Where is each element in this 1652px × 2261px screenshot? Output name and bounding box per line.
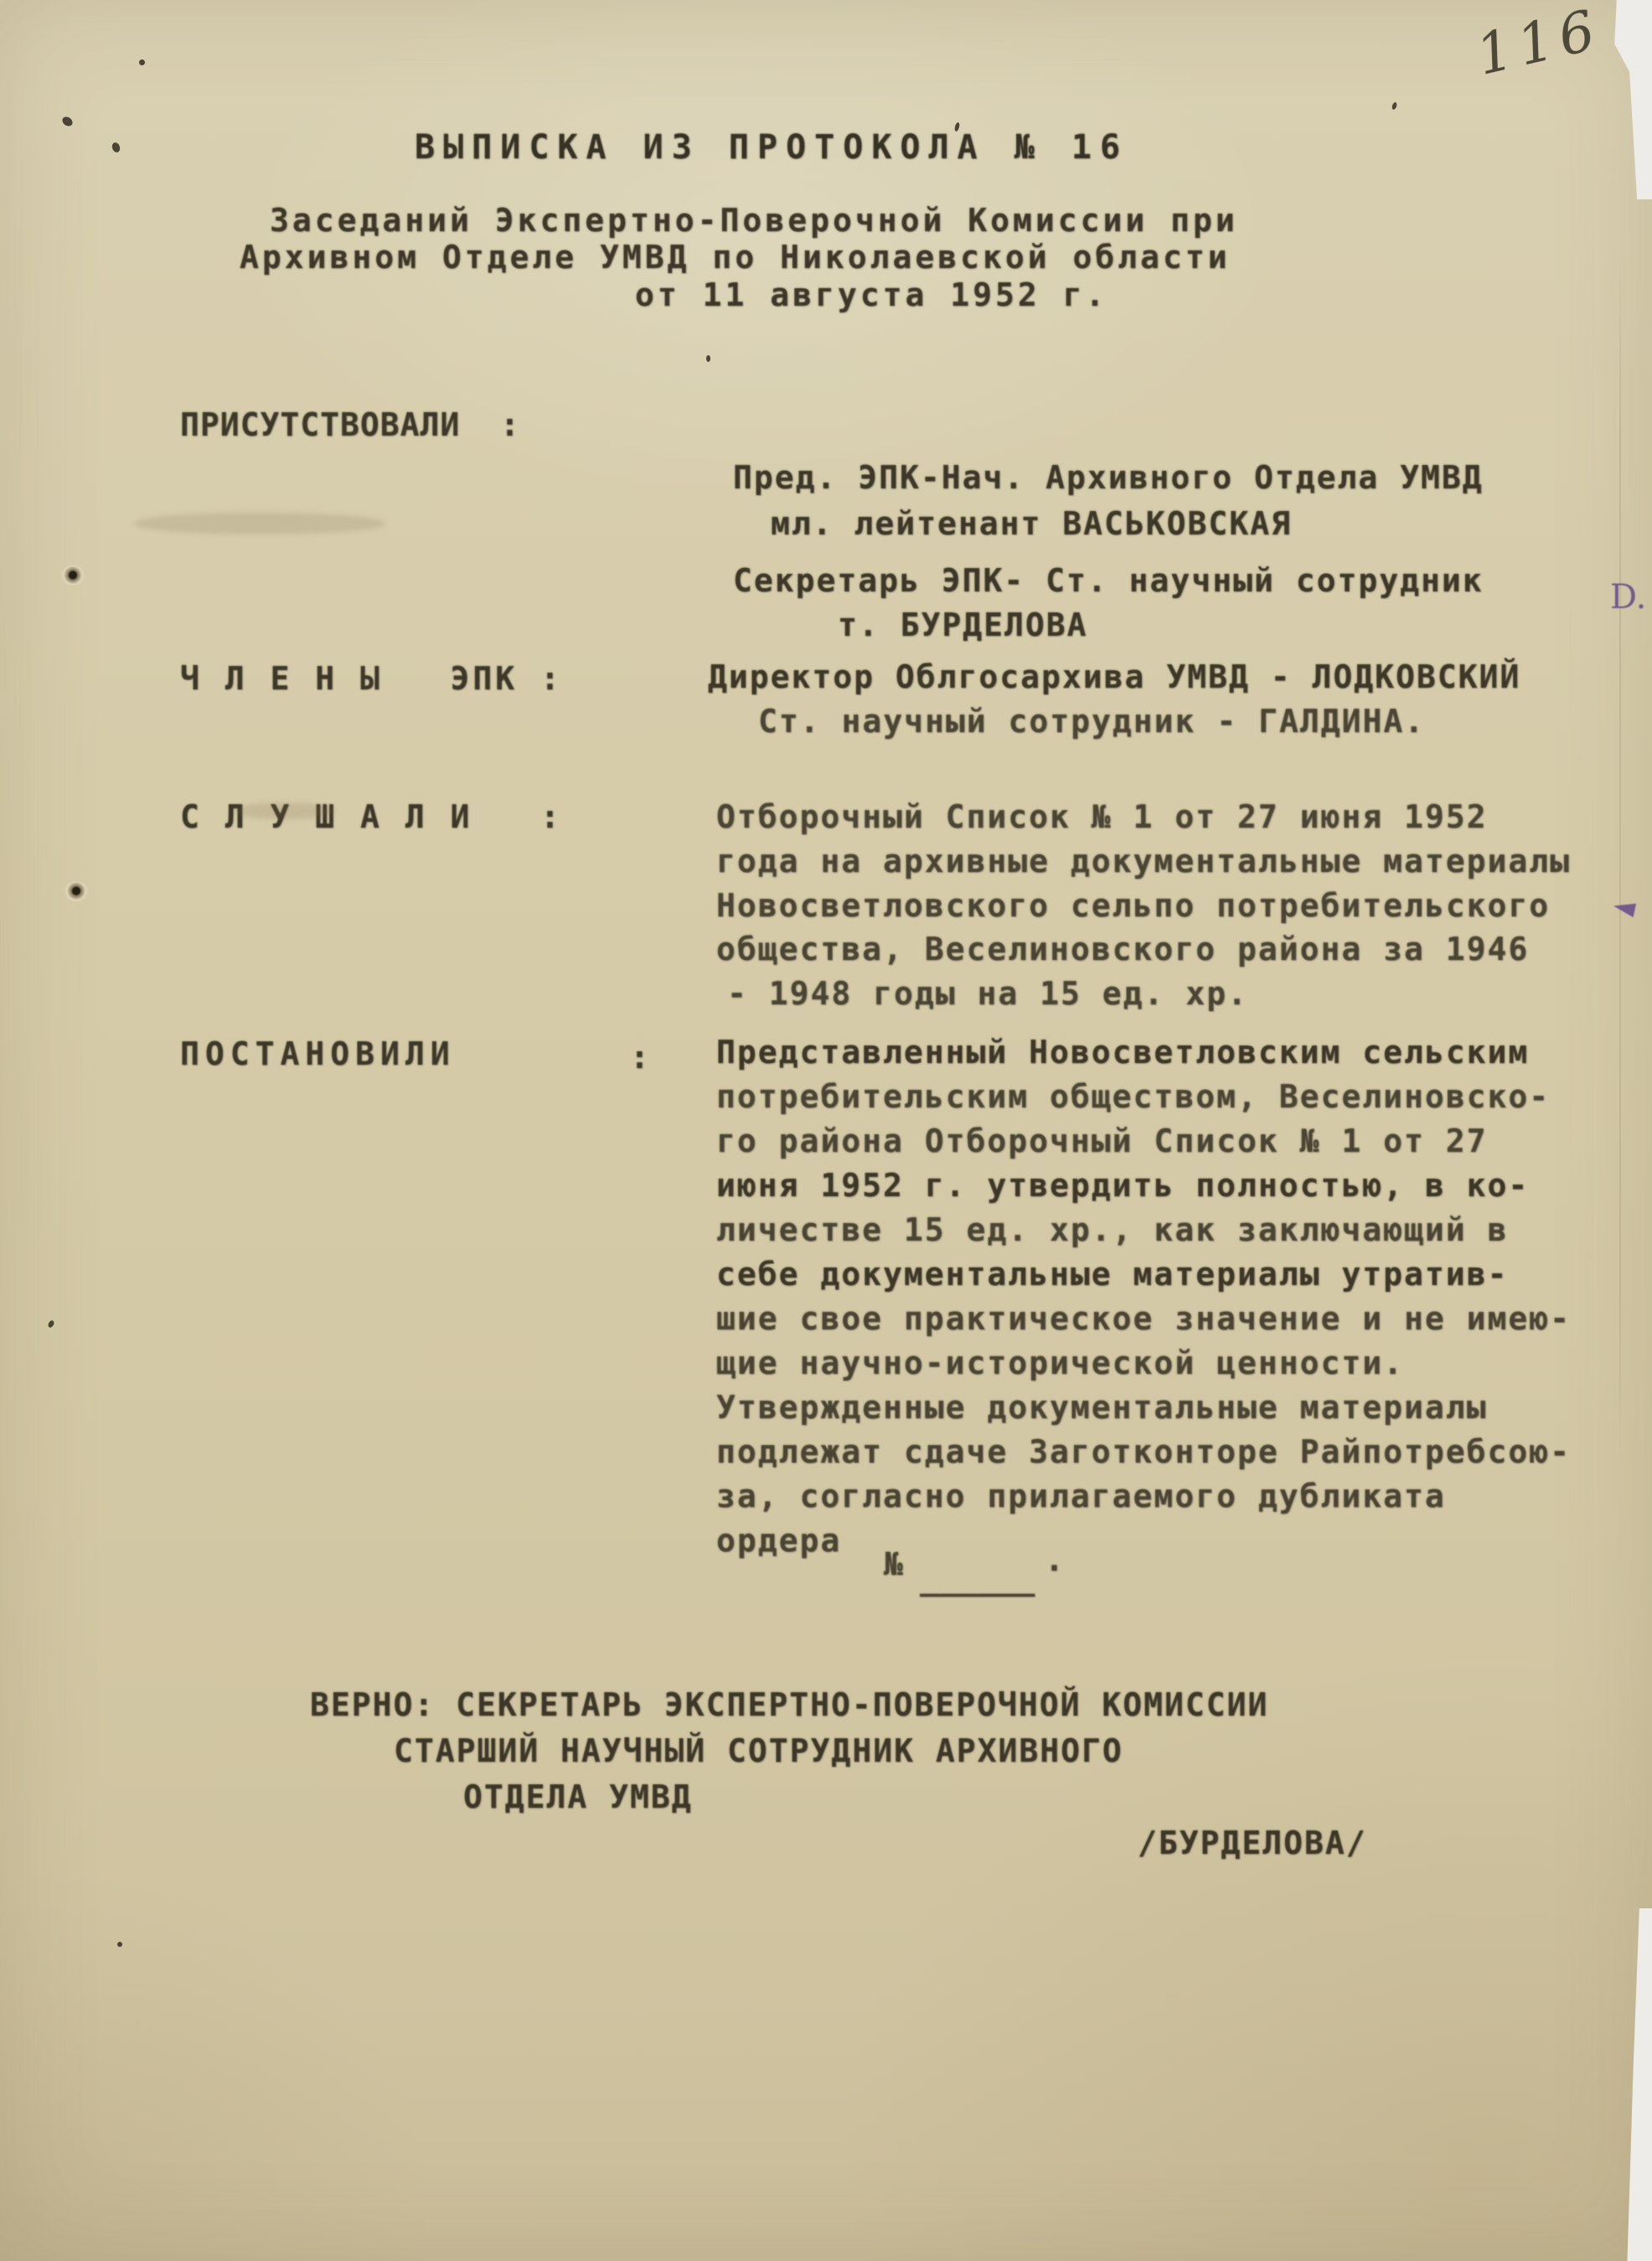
smudge xyxy=(134,513,385,534)
order-number-sign: № xyxy=(884,1546,905,1582)
attended-line: Пред. ЭПК-Нач. Архивного Отдела УМВД xyxy=(733,459,1484,496)
resolved-text-line: за, согласно прилагаемого дубликата xyxy=(716,1478,1446,1515)
typed-text-layer: ВЫПИСКА ИЗ ПРОТОКОЛА № 16 Заседаний Эксп… xyxy=(0,0,1652,2261)
members-label: Ч Л Е Н Ы ЭПК : xyxy=(180,660,563,697)
attended-line: Секретарь ЭПК- Ст. научный сотрудник xyxy=(733,562,1484,599)
resolved-text-line: Утвержденные документальные материалы xyxy=(716,1389,1487,1426)
resolved-label: ПОСТАНОВИЛИ xyxy=(180,1035,456,1072)
resolved-text-line: го района Отборочный Список № 1 от 27 xyxy=(716,1123,1487,1159)
ink-speck xyxy=(117,1942,122,1947)
certification-line: ОТДЕЛА УМВД xyxy=(463,1778,693,1815)
ink-speck xyxy=(706,355,710,362)
subtitle-line-1: Заседаний Экспертно-Поверочной Комиссии … xyxy=(270,202,1238,239)
resolved-text-line: июня 1952 г. утвердить полностью, в ко- xyxy=(716,1167,1529,1204)
document-page: ВЫПИСКА ИЗ ПРОТОКОЛА № 16 Заседаний Эксп… xyxy=(0,0,1652,2261)
members-line: Директор Облгосархива УМВД - ЛОДКОВСКИЙ xyxy=(708,658,1520,695)
subtitle-line-2: Архивном Отделе УМВД по Николаевской обл… xyxy=(240,239,1231,276)
certification-line: СТАРШИЙ НАУЧНЫЙ СОТРУДНИК АРХИВНОГО xyxy=(394,1732,1123,1769)
pen-mark: D. xyxy=(1610,578,1646,617)
subtitle-line-3: от 11 августа 1952 г. xyxy=(635,276,1107,313)
heard-text-line: общества, Веселиновского района за 1946 xyxy=(716,931,1529,968)
resolved-text-line: Представленный Новосветловским сельским xyxy=(716,1034,1529,1071)
order-word: ордера xyxy=(716,1522,841,1559)
resolved-text-line: потребительским обществом, Веселиновско- xyxy=(716,1078,1550,1115)
heard-label: С Л У Ш А Л И : xyxy=(180,798,563,835)
certification-line: ВЕРНО: СЕКРЕТАРЬ ЭКСПЕРТНО-ПОВЕРОЧНОЙ КО… xyxy=(310,1686,1268,1723)
resolved-label-colon: : xyxy=(630,1039,651,1076)
attended-label: ПРИСУТСТВОВАЛИ : xyxy=(180,406,520,443)
attended-line: мл. лейтенант ВАСЬКОВСКАЯ xyxy=(771,505,1292,542)
ink-speck xyxy=(139,59,145,65)
resolved-text-line: себе документальные материалы утратив- xyxy=(716,1256,1508,1293)
document-title: ВЫПИСКА ИЗ ПРОТОКОЛА № 16 xyxy=(415,128,1128,167)
smudge xyxy=(235,803,335,819)
punch-hole xyxy=(60,565,85,586)
resolved-text-line: подлежат сдаче Заготконторе Райпотребсою… xyxy=(716,1433,1571,1470)
heard-text-line: Новосветловского сельпо потребительского xyxy=(716,887,1550,924)
resolved-text-line: щие научно-исторической ценности. xyxy=(716,1345,1404,1381)
order-number-blank: ______ xyxy=(920,1560,1035,1597)
order-dot: . xyxy=(1045,1541,1066,1578)
heard-text-line: - 1948 годы на 15 ед. хр. xyxy=(727,975,1248,1012)
attended-line: т. БУРДЕЛОВА xyxy=(838,607,1088,643)
punch-hole xyxy=(64,881,89,901)
signature: /БУРДЕЛОВА/ xyxy=(1138,1825,1367,1861)
fold-line xyxy=(1619,251,1621,1466)
heard-text-line: Отборочный Список № 1 от 27 июня 1952 xyxy=(716,798,1487,835)
resolved-text-line: шие свое практическое значение и не имею… xyxy=(716,1300,1571,1337)
members-line: Ст. научный сотрудник - ГАЛДИНА. xyxy=(758,703,1425,740)
resolved-text-line: личестве 15 ед. хр., как заключающий в xyxy=(716,1211,1508,1248)
heard-text-line: года на архивные документальные материал… xyxy=(716,843,1571,880)
